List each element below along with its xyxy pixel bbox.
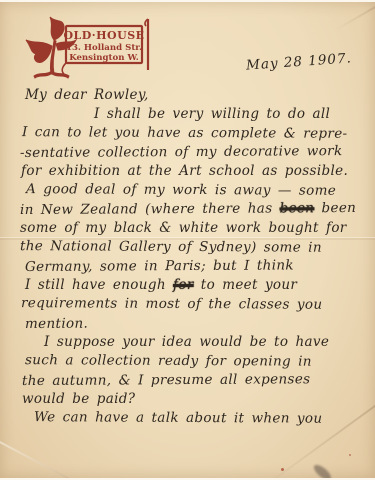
letter-line: the National Gallery of Sydney) some in (20, 237, 362, 258)
ink-speck (281, 468, 284, 471)
letter-line: in New Zealand (where there has been bee… (20, 199, 362, 220)
letter-line: -sentative collection of my decorative w… (20, 142, 362, 163)
letterhead-address-line1: 13. Holland Str. (66, 43, 142, 53)
ink-speck (349, 454, 351, 456)
letterhead-address-line2: Kensington W. (69, 53, 139, 63)
struck-word: for (173, 277, 194, 293)
letter-body: My dear Rowley, I shall be very willing … (20, 86, 362, 428)
letter-line: I still have enough for to meet your (25, 276, 362, 295)
letterhead-house-name: OLD·HOUSE (63, 29, 144, 42)
salutation: My dear Rowley, (25, 86, 362, 105)
letter-page: OLD·HOUSE 13. Holland Str. Kensington W.… (0, 2, 375, 478)
letter-line: I shall be very willing to do all (94, 105, 362, 124)
scan-edge-top (0, 0, 375, 2)
struck-word: been (280, 200, 315, 216)
letter-line: for exhibition at the Art school as poss… (21, 162, 362, 181)
fold-crease (0, 237, 375, 240)
letter-line: I suppose your idea would be to have (44, 333, 362, 352)
letter-line: I can to let you have as complete & repr… (22, 123, 362, 144)
letter-lines: I shall be very willing to do allI can t… (20, 105, 362, 428)
letter-line: such a collection ready for opening in (25, 351, 362, 372)
corner-crease-top-right (336, 4, 375, 31)
letter-line: We can have a talk about it when you (34, 408, 362, 429)
letter-line: requirements in most of the classes you (21, 294, 362, 315)
corner-crease-bottom-left (0, 438, 78, 480)
letter-line: some of my black & white work bought for (20, 219, 362, 238)
letter-line: Germany, some in Paris; but I think (25, 256, 362, 277)
letter-line: A good deal of my work is away — some (26, 180, 362, 201)
letter-line: the autumn, & I presume all expenses (22, 370, 362, 391)
letterhead-emblem: OLD·HOUSE 13. Holland Str. Kensington W. (18, 10, 198, 80)
letter-line: would be paid? (22, 390, 362, 409)
letter-line: mention. (25, 313, 362, 334)
date-line: May 28 1907. (246, 50, 353, 73)
